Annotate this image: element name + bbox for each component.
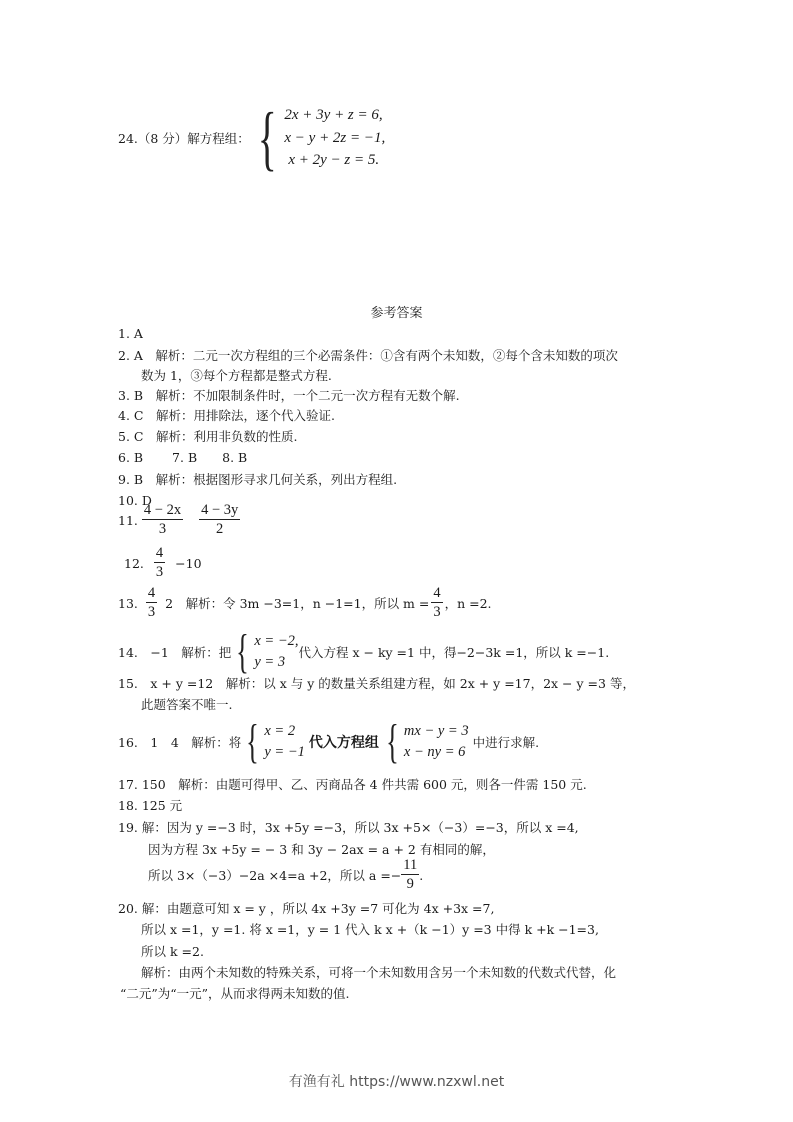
answer-2-line-1: 2. A 解析：二元一次方程组的三个必需条件：①含有两个未知数，②每个含未知数的… [118,346,618,364]
answer-1: 1. A [118,326,143,341]
answer-19-line-3: 所以 3×（−3）−2a ×4=a +2，所以 a =− 11 9 . [148,858,423,892]
answer-2-line-2: 数为 1，③每个方程都是整式方程. [141,366,332,384]
answer-18: 18. 125 元 [118,796,182,814]
equation-1: x = −2, [254,631,298,652]
answer-16-text: 16. 1 4 解析：将 [118,733,241,751]
left-brace-icon: { [386,718,399,766]
answer-20-line-5: “二元”为“一元”，从而求得两未知数的值. [120,984,350,1002]
answer-15-line-1: 15. x + y =12 解析：以 x 与 y 的数量关系组建方程，如 2x … [118,674,635,692]
equation-2: x − y + 2z = −1, [284,127,385,150]
equation-1: 2x + 3y + z = 6, [284,104,385,127]
fraction: 4 3 [146,586,157,620]
question-24-label: 24.（8 分）解方程组： [118,129,250,147]
answer-16: 16. 1 4 解析：将 { x = 2 y = −1 代入方程组 { mx −… [118,718,539,766]
equation-system: { x = −2, y = 3 [231,628,298,676]
answer-20-line-1: 20. 解：由题意可知 x = y ，所以 4x +3y =7 可化为 4x +… [118,899,494,917]
left-brace-icon: { [236,628,249,676]
equation-2: y = 3 [254,652,298,673]
equation-system: { x = 2 y = −1 [241,718,305,766]
answer-13-number: 13. [118,596,138,611]
answer-13-text: 2 解析：令 3m −3=1，n −1=1，所以 m = [165,594,429,612]
equation-3: x + 2y − z = 5. [284,149,385,172]
answer-20-line-3: 所以 k =2. [141,942,204,960]
equation-4: x − ny = 6 [404,742,469,763]
answer-14-suffix: 代入方程 x − ky =1 中，得−2−3k =1，所以 k =−1. [299,643,610,661]
footer-watermark: 有渔有礼 https://www.nzxwl.net [0,1071,793,1091]
answer-11: 11. 4 − 2x 3 4 − 3y 2 [118,503,240,537]
answer-19-line-2: 因为方程 3x +5y = − 3 和 3y − 2ax = a + 2 有相同… [148,840,495,858]
answer-14-text: 14. −1 解析：把 [118,643,231,661]
answer-19-line-1: 19. 解：因为 y =−3 时，3x +5y =−3，所以 3x +5×（−3… [118,818,579,836]
answer-4: 4. C 解析：用排除法，逐个代入验证. [118,406,335,424]
left-brace-icon: { [258,102,277,174]
equation-system: { mx − y = 3 x − ny = 6 [381,718,469,766]
answer-17: 17. 150 解析：由题可得甲、乙、丙商品各 4 件共需 600 元，则各一件… [118,775,587,793]
fraction: 4 3 [431,586,442,620]
answer-3: 3. B 解析：不加限制条件时，一个二元一次方程有无数个解. [118,386,460,404]
answer-19-text: 所以 3×（−3）−2a ×4=a +2，所以 a =− [148,866,401,884]
left-brace-icon: { [246,718,259,766]
answer-12: 12. 4 3 −10 [124,546,202,580]
answer-19-suffix: . [419,868,423,883]
answer-13-suffix: ，n =2. [445,594,492,612]
fraction: 11 9 [401,858,419,892]
question-24: 24.（8 分）解方程组： { 2x + 3y + z = 6, x − y +… [118,104,385,172]
equation-system: { 2x + 3y + z = 6, x − y + 2z = −1, x + … [250,102,385,174]
answer-12-number: 12. [124,556,144,571]
answer-13: 13. 4 3 2 解析：令 3m −3=1，n −1=1，所以 m = 4 3… [118,586,492,620]
fraction: 4 − 2x 3 [142,503,183,537]
answer-12-value: −10 [175,556,201,571]
answer-16-middle: 代入方程组 [309,732,379,752]
answer-9: 9. B 解析：根据图形寻求几何关系，列出方程组. [118,470,397,488]
answer-16-suffix: 中进行求解. [473,733,539,751]
equation-3: mx − y = 3 [404,721,469,742]
answer-14: 14. −1 解析：把 { x = −2, y = 3 代入方程 x − ky … [118,628,609,676]
answer-5: 5. C 解析：利用非负数的性质. [118,427,297,445]
equation-1: x = 2 [264,721,305,742]
equation-2: y = −1 [264,742,305,763]
answer-15-line-2: 此题答案不唯一. [141,695,232,713]
answer-6-8: 6. B 7. B 8. B [118,448,247,466]
answer-20-line-4: 解析：由两个未知数的特殊关系，可将一个未知数用含另一个未知数的代数式代替，化 [141,963,616,981]
fraction: 4 3 [154,546,165,580]
answers-title: 参考答案 [0,302,793,321]
fraction: 4 − 3y 2 [199,503,240,537]
answer-20-line-2: 所以 x =1，y =1. 将 x =1，y = 1 代入 k x +（k −1… [141,920,599,938]
answer-11-number: 11. [118,513,138,528]
